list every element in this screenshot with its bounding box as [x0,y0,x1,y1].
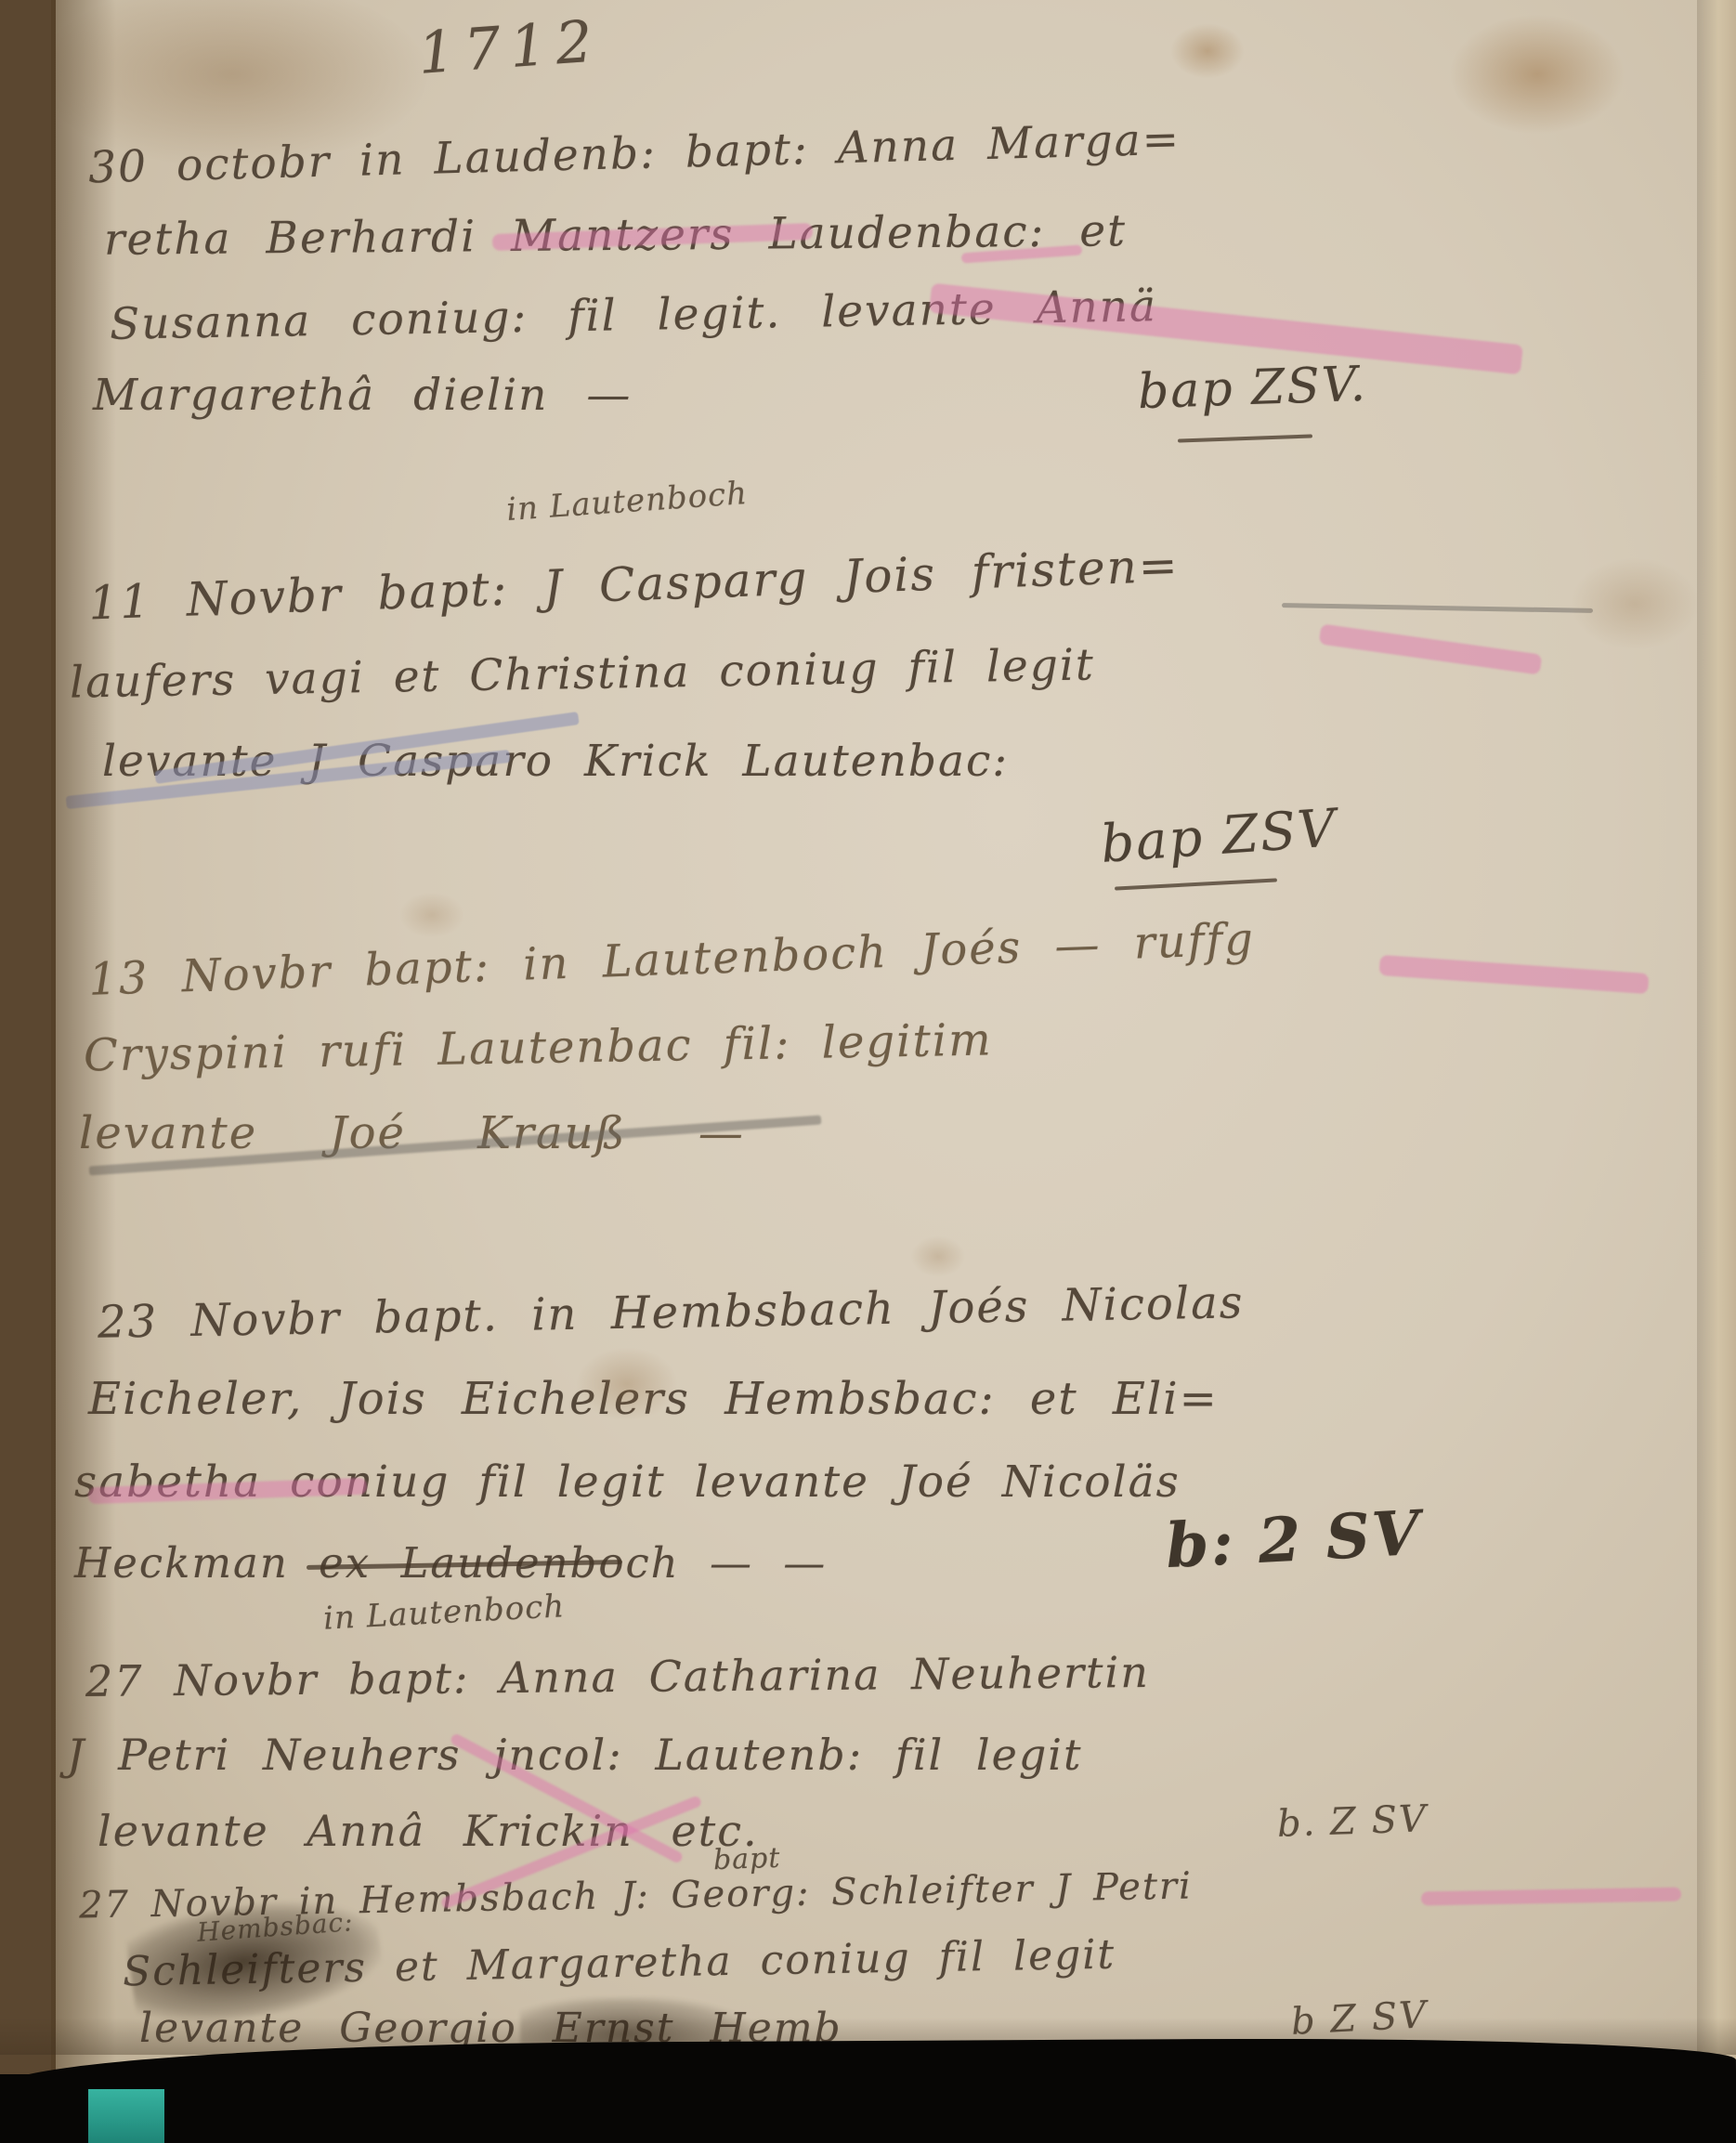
manuscript-line: 11 Novbr bapt: J Casparg Jois fristen= [87,539,1180,631]
stain [1570,557,1700,650]
manuscript-line: J Petri Neuhers jncol: Lautenb: fil legi… [67,1730,1082,1780]
year-heading: 1712 [416,7,604,87]
manuscript-line: retha Berhardi Mantzers Laudenbac: et [104,205,1127,266]
pencil-underline [1282,603,1593,613]
pink-highlight-mark [1379,955,1650,994]
manuscript-line: 23 Novbr bapt. in Hembsbach Joés Nicolas [98,1276,1245,1349]
baptizer-signature: b: 2 SV [1164,1496,1423,1582]
manuscript-line: Heckman ex Laudenboch — — [74,1538,827,1588]
baptizer-signature: bap ZSV [1099,798,1339,875]
manuscript-line: 13 Novbr bapt: in Lautenboch Joés — ruff… [87,913,1255,1006]
pink-highlight-mark [1421,1888,1681,1906]
pink-highlight-mark [1319,623,1543,674]
insertion-note: in Lautenboch [505,475,749,529]
manuscript-line: laufers vagi et Christina coniug fil leg… [70,639,1096,708]
manuscript-line: Eicheler, Jois Eichelers Hembsbac: et El… [88,1373,1219,1425]
insertion-note: in Lautenboch [322,1588,566,1638]
baptizer-signature: b. Z SV [1276,1797,1428,1846]
manuscript-line: levante Joé Krauß — [79,1107,745,1159]
manuscript-line: 27 Novbr bapt: Anna Catharina Neuhertin [85,1647,1150,1706]
manuscript-line: levante J Casparo Krick Lautenbac: [102,736,1009,787]
manuscript-scan: 1712 30 octobr in Laudenb: bapt: Anna Ma… [0,0,1736,2143]
manuscript-line: Cryspini rufi Lautenbac fil: legitim [84,1013,993,1081]
manuscript-line: Susanna coniug: fil legit. levante Annä [110,281,1158,350]
page-edge-right [1697,0,1736,2143]
spine-shadow [51,0,116,2143]
stain [1170,23,1245,79]
book-spine [0,0,56,2143]
stain [910,1235,966,1277]
manuscript-line: sabetha coniug fil legit levante Joé Nic… [74,1457,1181,1508]
flourish-underline [1115,878,1277,890]
manuscript-line: 30 octobr in Laudenb: bapt: Anna Marga= [87,114,1181,194]
bookmark-ribbon [88,2089,164,2143]
flourish-underline [1178,434,1312,442]
baptizer-signature: bap ZSV. [1137,357,1368,421]
stain [399,892,464,938]
stain [1449,14,1625,135]
manuscript-line: levante Annâ Krickin etc. [98,1806,759,1856]
manuscript-line: Margarethâ dielin — [93,370,632,421]
table-surface [0,2074,1736,2143]
